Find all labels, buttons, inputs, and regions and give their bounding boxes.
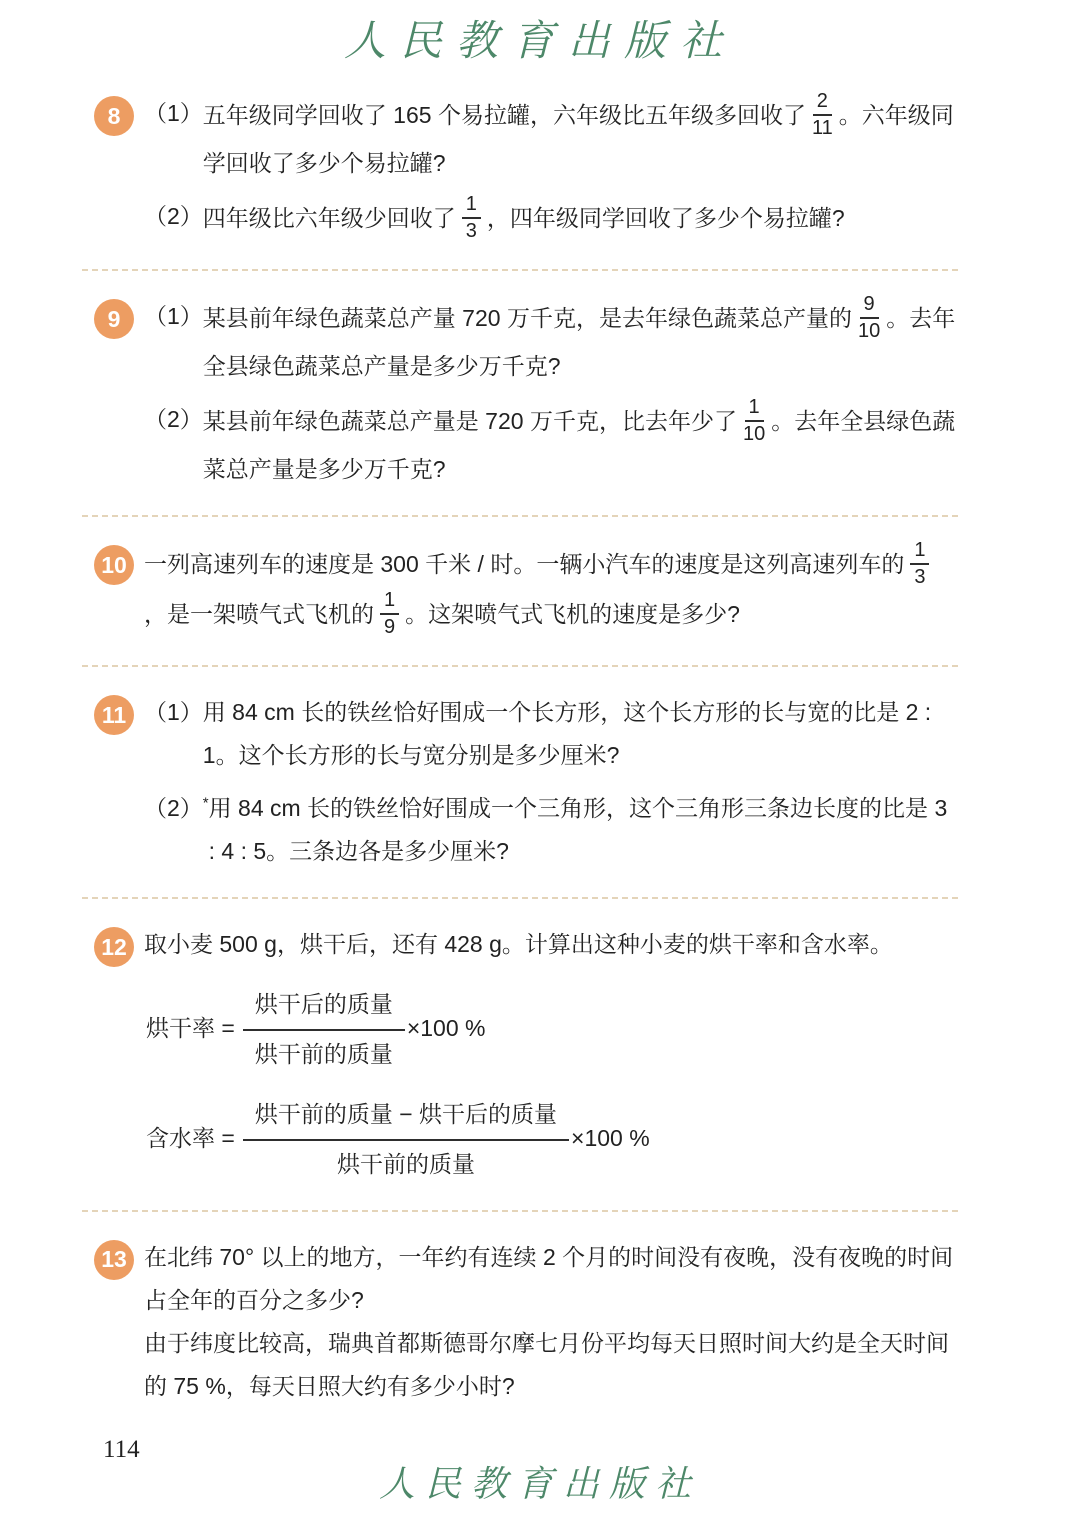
problem-9-number-badge: 9 [94,299,134,339]
text-segment: 。这架喷气式飞机的速度是多少? [405,601,740,627]
dashed-separator [82,1210,958,1212]
problem-8: 8 （1） 五年级同学回收了 165 个易拉罐，六年级比五年级多回收了211。六… [82,92,958,245]
formula-rhs: ×100 % [571,1124,650,1154]
problem-9-part-1: （1） 某县前年绿色蔬菜总产量 720 万千克，是去年绿色蔬菜总产量的910。去… [144,295,958,388]
fraction-numerator: 1 [380,589,399,615]
text-segment: ，是一架喷气式飞机的 [144,601,374,627]
part-label: （2） [144,195,203,238]
fraction-numerator: 9 [860,293,879,319]
part-text: 用 84 cm 长的铁丝恰好围成一个长方形，这个长方形的长与宽的比是 2 : 1… [203,691,958,777]
problem-12-body: 取小麦 500 g，烘干后，还有 428 g。计算出这种小麦的烘干率和含水率。 … [144,923,958,1186]
fraction-denominator: 10 [858,319,880,343]
formula-numerator: 烘干前的质量 − 烘干后的质量 [243,1098,569,1141]
part-text: 四年级比六年级少回收了13，四年级同学回收了多少个易拉罐? [203,195,958,245]
part-label: （1） [144,295,203,338]
fraction: 13 [462,193,481,243]
fraction-denominator: 3 [466,219,477,243]
text-segment: 某县前年绿色蔬菜总产量是 720 万千克，比去年少了 [203,408,737,434]
formula-drying-rate: 烘干率 = 烘干后的质量 烘干前的质量 ×100 % [146,988,958,1070]
problem-8-body: （1） 五年级同学回收了 165 个易拉罐，六年级比五年级多回收了211。六年级… [144,92,958,245]
formula-fraction: 烘干前的质量 − 烘干后的质量 烘干前的质量 [243,1098,569,1180]
fraction-numerator: 1 [462,193,481,219]
text-segment: 五年级同学回收了 165 个易拉罐，六年级比五年级多回收了 [203,102,806,128]
part-text: 五年级同学回收了 165 个易拉罐，六年级比五年级多回收了211。六年级同学回收… [203,92,958,185]
formula-lhs: 烘干率 = [146,1014,235,1044]
publisher-watermark-top: 人民教育出版社 [0,0,1080,62]
dashed-separator [82,665,958,667]
fraction-denominator: 10 [743,422,765,446]
problem-11-body: （1） 用 84 cm 长的铁丝恰好围成一个长方形，这个长方形的长与宽的比是 2… [144,691,958,873]
problem-13-number-badge: 13 [94,1240,134,1280]
problem-11-part-1: （1） 用 84 cm 长的铁丝恰好围成一个长方形，这个长方形的长与宽的比是 2… [144,691,958,777]
formula-fraction: 烘干后的质量 烘干前的质量 [243,988,405,1070]
text-segment: ，四年级同学回收了多少个易拉罐? [487,205,845,231]
problem-10-number-badge: 10 [94,545,134,585]
formula-lhs: 含水率 = [146,1124,235,1154]
formula-rhs: ×100 % [407,1014,486,1044]
dashed-separator [82,269,958,271]
part-text: 某县前年绿色蔬菜总产量 720 万千克，是去年绿色蔬菜总产量的910。去年全县绿… [203,295,958,388]
problem-8-part-2: （2） 四年级比六年级少回收了13，四年级同学回收了多少个易拉罐? [144,195,958,245]
problem-9-part-2: （2） 某县前年绿色蔬菜总产量是 720 万千克，比去年少了110。去年全县绿色… [144,398,958,491]
textbook-page: 人民教育出版社 8 （1） 五年级同学回收了 165 个易拉罐，六年级比五年级多… [0,0,1080,1526]
problem-13: 13 在北纬 70° 以上的地方，一年约有连续 2 个月的时间没有夜晚，没有夜晚… [82,1236,958,1408]
part-label-text: （2） [144,795,203,821]
fraction-denominator: 9 [384,615,395,639]
problem-11: 11 （1） 用 84 cm 长的铁丝恰好围成一个长方形，这个长方形的长与宽的比… [82,691,958,873]
problem-text: 一列高速列车的速度是 300 千米 / 时。一辆小汽车的速度是这列高速列车的13… [144,541,958,641]
fraction-numerator: 2 [813,90,832,116]
part-label: （2）* [144,787,209,830]
fraction: 19 [380,589,399,639]
fraction: 910 [858,293,880,343]
fraction: 110 [743,396,765,446]
part-label: （2） [144,398,203,441]
formula-numerator: 烘干后的质量 [243,988,405,1031]
problem-11-part-2: （2）* 用 84 cm 长的铁丝恰好围成一个三角形，这个三角形三条边长度的比是… [144,787,958,873]
problem-10: 10 一列高速列车的速度是 300 千米 / 时。一辆小汽车的速度是这列高速列车… [82,541,958,641]
text-segment: 某县前年绿色蔬菜总产量 720 万千克，是去年绿色蔬菜总产量的 [203,305,852,331]
problem-paragraph: 由于纬度比较高，瑞典首都斯德哥尔摩七月份平均每天日照时间大约是全天时间的 75 … [144,1322,958,1408]
problem-10-body: 一列高速列车的速度是 300 千米 / 时。一辆小汽车的速度是这列高速列车的13… [144,541,958,641]
page-content: 8 （1） 五年级同学回收了 165 个易拉罐，六年级比五年级多回收了211。六… [82,92,958,1408]
problem-11-number-badge: 11 [94,695,134,735]
text-segment: 一列高速列车的速度是 300 千米 / 时。一辆小汽车的速度是这列高速列车的 [144,551,904,577]
text-segment: 四年级比六年级少回收了 [203,205,456,231]
problem-paragraph: 在北纬 70° 以上的地方，一年约有连续 2 个月的时间没有夜晚，没有夜晚的时间… [144,1236,958,1322]
problem-13-body: 在北纬 70° 以上的地方，一年约有连续 2 个月的时间没有夜晚，没有夜晚的时间… [144,1236,958,1408]
fraction-denominator: 3 [914,565,925,589]
formula-denominator: 烘干前的质量 [337,1141,475,1180]
publisher-watermark-bottom: 人民教育出版社 [0,1456,1080,1507]
part-text: 某县前年绿色蔬菜总产量是 720 万千克，比去年少了110。去年全县绿色蔬菜总产… [203,398,958,491]
part-label: （1） [144,92,203,135]
part-label: （1） [144,691,203,734]
fraction: 13 [910,539,929,589]
fraction-denominator: 11 [812,116,833,140]
problem-8-part-1: （1） 五年级同学回收了 165 个易拉罐，六年级比五年级多回收了211。六年级… [144,92,958,185]
problem-9: 9 （1） 某县前年绿色蔬菜总产量 720 万千克，是去年绿色蔬菜总产量的910… [82,295,958,491]
problem-text: 取小麦 500 g，烘干后，还有 428 g。计算出这种小麦的烘干率和含水率。 [144,923,958,966]
problem-12-number-badge: 12 [94,927,134,967]
fraction-numerator: 1 [745,396,764,422]
formula-denominator: 烘干前的质量 [255,1031,393,1070]
problem-9-body: （1） 某县前年绿色蔬菜总产量 720 万千克，是去年绿色蔬菜总产量的910。去… [144,295,958,491]
dashed-separator [82,897,958,899]
fraction: 211 [812,90,833,140]
dashed-separator [82,515,958,517]
part-text: 用 84 cm 长的铁丝恰好围成一个三角形，这个三角形三条边长度的比是 3 : … [209,787,958,873]
fraction-numerator: 1 [910,539,929,565]
formula-moisture-rate: 含水率 = 烘干前的质量 − 烘干后的质量 烘干前的质量 ×100 % [146,1098,958,1180]
problem-12: 12 取小麦 500 g，烘干后，还有 428 g。计算出这种小麦的烘干率和含水… [82,923,958,1186]
problem-8-number-badge: 8 [94,96,134,136]
